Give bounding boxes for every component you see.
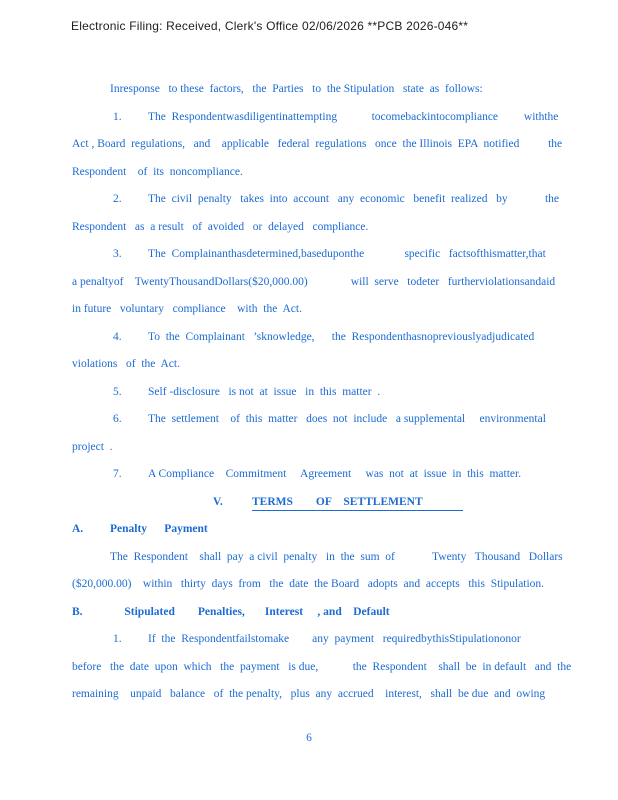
item-4-line: violations of the Act. [72, 351, 548, 379]
line-text: Respondent as a result of avoided or del… [72, 221, 368, 233]
line-number-label: V. [213, 489, 252, 517]
section-v-heading: V.TERMS OF SETTLEMENT [72, 489, 548, 517]
item-1-line: Respondent of its noncompliance. [72, 159, 548, 187]
line-number-label: 4. [113, 324, 148, 352]
item-2-line: Respondent as a result of avoided or del… [72, 214, 548, 242]
line-number-label: 6. [113, 406, 148, 434]
paragraph-intro-line: Inresponse to these factors, the Parties… [72, 76, 548, 104]
subsection-a-line: The Respondent shall pay a civil penalty… [72, 544, 548, 572]
line-text: remaining unpaid balance of the penalty,… [72, 688, 545, 700]
item-3-line: in future voluntary compliance with the … [72, 296, 548, 324]
line-text: ($20,000.00) within thirty days from the… [72, 578, 544, 590]
item-3-line: 3.The Complainanthasdetermined,basedupon… [72, 241, 548, 269]
document-body: Inresponse to these factors, the Parties… [72, 76, 548, 709]
line-text: Penalty Payment [110, 523, 208, 535]
line-number-label: 5. [113, 379, 148, 407]
line-text: The Respondent shall pay a civil penalty… [110, 551, 563, 563]
line-text: The civil penalty takes into account any… [148, 193, 559, 205]
line-number-label: 1. [113, 104, 148, 132]
line-number-label: B. [72, 599, 110, 627]
item-6-line: 6.The settlement of this matter does not… [72, 406, 548, 434]
line-text: Act , Board regulations, and applicable … [72, 138, 562, 150]
line-text: Stipulated Penalties, Interest , and Def… [110, 606, 390, 618]
line-text: TERMS OF SETTLEMENT [252, 495, 463, 511]
item-4-line: 4.To the Complainant ’sknowledge, the Re… [72, 324, 548, 352]
document-page: { "page": { "colors": { "body_text": "#1… [0, 0, 618, 800]
line-text: before the date upon which the payment i… [72, 661, 571, 673]
line-text: The Respondentwasdiligentinattempting to… [148, 111, 558, 123]
line-text: A Compliance Commitment Agreement was no… [148, 468, 521, 480]
item-7-line: 7.A Compliance Commitment Agreement was … [72, 461, 548, 489]
item-2-line: 2.The civil penalty takes into account a… [72, 186, 548, 214]
subsection-b-item-1-line: 1.If the Respondentfailstomake any payme… [72, 626, 548, 654]
subsection-a-heading: A.Penalty Payment [72, 516, 548, 544]
line-text: violations of the Act. [72, 358, 180, 370]
item-1-line: Act , Board regulations, and applicable … [72, 131, 548, 159]
line-text: in future voluntary compliance with the … [72, 303, 302, 315]
line-number-label: 2. [113, 186, 148, 214]
line-text: The Complainanthasdetermined,baseduponth… [148, 248, 546, 260]
line-text: Inresponse to these factors, the Parties… [110, 83, 483, 95]
subsection-b-item-1-line: before the date upon which the payment i… [72, 654, 548, 682]
item-3-line: a penaltyof TwentyThousandDollars($20,00… [72, 269, 548, 297]
line-text: project . [72, 441, 113, 453]
subsection-b-item-1-line: remaining unpaid balance of the penalty,… [72, 681, 548, 709]
line-text: Respondent of its noncompliance. [72, 166, 243, 178]
line-text: To the Complainant ’sknowledge, the Resp… [148, 331, 534, 343]
line-text: If the Respondentfailstomake any payment… [148, 633, 521, 645]
line-number-label: 1. [113, 626, 148, 654]
item-1-line: 1.The Respondentwasdiligentinattempting … [72, 104, 548, 132]
page-number: 6 [0, 732, 618, 744]
line-text: a penaltyof TwentyThousandDollars($20,00… [72, 276, 555, 288]
line-text: Self -disclosure is not at issue in this… [148, 386, 380, 398]
item-5-line: 5.Self -disclosure is not at issue in th… [72, 379, 548, 407]
line-number-label: A. [72, 516, 110, 544]
line-number-label: 7. [113, 461, 148, 489]
subsection-a-line: ($20,000.00) within thirty days from the… [72, 571, 548, 599]
subsection-b-heading: B. Stipulated Penalties, Interest , and … [72, 599, 548, 627]
filing-stamp-header: Electronic Filing: Received, Clerk's Off… [71, 19, 468, 33]
line-text: The settlement of this matter does not i… [148, 413, 546, 425]
line-number-label: 3. [113, 241, 148, 269]
item-6-line: project . [72, 434, 548, 462]
